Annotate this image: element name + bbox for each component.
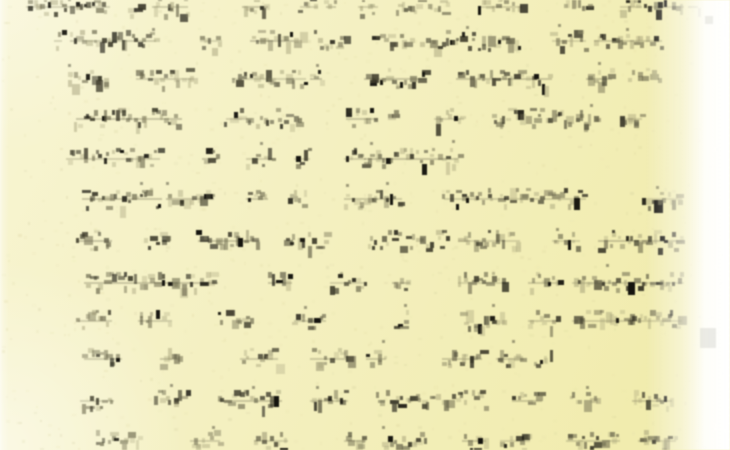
manuscript-page [0,0,730,450]
handwriting-ink-layer [0,0,730,450]
